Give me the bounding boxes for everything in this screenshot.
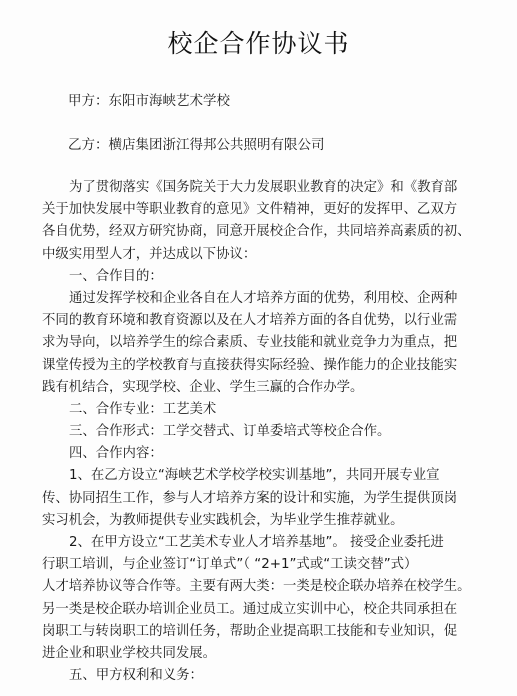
- party-a: 甲方：东阳市海峡艺术学校: [68, 89, 230, 109]
- agreement-body: 为了贯彻落实《国务院关于大力发展职业教育的决定》和《教育部 关于加快发展中等职业…: [42, 177, 482, 687]
- body-line: 不同的教育环境和教育资源以及在人才培养方面的各自优势，以行业需: [42, 310, 482, 332]
- document-title: 校企合作协议书: [0, 24, 517, 60]
- section-heading-party-a-rights: 五、甲方权利和义务：: [42, 665, 482, 687]
- body-line: 进企业和职业学校共同发展。: [42, 643, 482, 665]
- body-line: 传、协同招生工作，参与人才培养方案的设计和实施，为学生提供顶岗: [42, 488, 482, 510]
- body-line: 实习机会，为教师提供专业实践机会，为毕业学生推荐就业。: [42, 510, 482, 532]
- section-heading-form: 三、合作形式：工学交替式、订单委培式等校企合作。: [42, 421, 482, 443]
- body-line: 另一类是校企联办培训企业员工。通过成立实训中心，校企共同承担在: [42, 599, 482, 621]
- body-line: 岗职工与转岗职工的培训任务，帮助企业提高职工技能和专业知识，促: [42, 621, 482, 643]
- body-line: 2、在甲方设立“工艺美术专业人才培养基地”。 接受企业委托进: [42, 532, 482, 554]
- body-line: 1、在乙方设立“海峡艺术学校学校实训基地”，共同开展专业宣: [42, 465, 482, 487]
- section-heading-content: 四、合作内容：: [42, 443, 482, 465]
- body-line: 课堂传授为主的学校教育与直接获得实际经验、操作能力的企业技能实: [42, 355, 482, 377]
- section-heading-purpose: 一、合作目的：: [42, 266, 482, 288]
- body-line: 践有机结合，实现学校、企业、学生三赢的合作办学。: [42, 377, 482, 399]
- body-line: 关于加快发展中等职业教育的意见》文件精神，更好的发挥甲、乙双方: [42, 199, 482, 221]
- body-line: 各自优势，经双方研究协商，同意开展校企合作，共同培养高素质的初、: [42, 221, 482, 243]
- body-line: 求为导向，以培养学生的综合素质、专业技能和就业竞争力为重点，把: [42, 332, 482, 354]
- section-heading-major: 二、合作专业：工艺美术: [42, 399, 482, 421]
- party-b: 乙方：横店集团浙江得邦公共照明有限公司: [68, 133, 325, 153]
- body-line: 为了贯彻落实《国务院关于大力发展职业教育的决定》和《教育部: [42, 177, 482, 199]
- body-line: 中级实用型人才，并达成以下协议：: [42, 244, 482, 266]
- body-line: 行职工培训，与企业签订“订单式”（ “2+1”式或“工读交替”式）: [42, 554, 482, 576]
- body-line: 人才培养协议等合作等。主要有两大类：一类是校企联办培养在校学生。: [42, 576, 482, 598]
- document-page: 校企合作协议书 甲方：东阳市海峡艺术学校 乙方：横店集团浙江得邦公共照明有限公司…: [0, 0, 517, 696]
- body-line: 通过发挥学校和企业各自在人才培养方面的优势，利用校、企两种: [42, 288, 482, 310]
